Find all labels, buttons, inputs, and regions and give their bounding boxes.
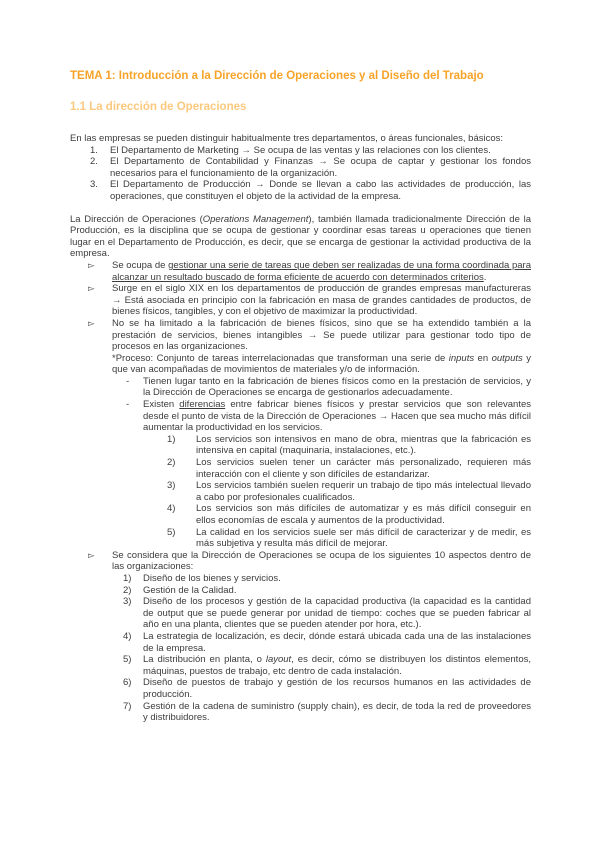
process-definition-note: *Proceso: Conjunto de tareas interrelaci… [112,353,531,376]
list-item-text: Gestión de la Calidad. [143,585,236,596]
note-text: *Proceso: Conjunto de tareas interrelaci… [112,353,449,364]
arrowhead-bullet-icon: ▻ [88,550,95,562]
list-item-aspect: 6) Diseño de puestos de trabajo y gestió… [70,677,531,700]
bullet-text: Se considera que la Dirección de Operaci… [112,550,531,573]
arrowhead-bullet-icon: ▻ [88,283,95,295]
bullet-text: Surge en el siglo XIX en los departament… [112,283,531,317]
underlined-text: diferencias [179,399,225,410]
italic-term: inputs [449,353,474,364]
list-number: 3) [123,596,131,608]
list-item-text: Los servicios son intensivos en mano de … [196,434,531,457]
list-item-aspect: 3) Diseño de los procesos y gestión de l… [70,596,531,631]
list-item-text: El Departamento de Producción → Donde se… [110,179,531,202]
italic-term: layout [266,654,291,665]
list-number: 1) [167,434,175,446]
list-number: 5) [123,654,131,666]
list-item-text: La estrategia de localización, es decir,… [143,631,531,654]
underlined-text: gestionar una serie de tareas que deben … [112,260,531,283]
list-item-text: El Departamento de Contabilidad y Finanz… [110,156,531,179]
bullet-item: ▻ Se ocupa de gestionar una serie de tar… [70,260,531,283]
list-item-text: Los servicios suelen tener un carácter m… [196,457,531,480]
list-item-service: 5) La calidad en los servicios suele ser… [70,527,531,550]
italic-term: outputs [492,353,523,364]
arrowhead-bullet-icon: ▻ [88,260,95,272]
intro-paragraph: En las empresas se pueden distinguir hab… [70,133,531,145]
bullet-text: . [484,272,487,283]
list-item-text: El Departamento de Marketing → Se ocupa … [110,145,491,156]
list-item-text: Diseño de los bienes y servicios. [143,573,281,584]
list-item-aspect: 5) La distribución en planta, o layout, … [70,654,531,677]
list-number: 7) [123,701,131,713]
list-number: 4) [123,631,131,643]
list-number: 2) [167,457,175,469]
list-number: 3) [167,480,175,492]
list-item-aspect: 1) Diseño de los bienes y servicios. [70,573,531,585]
list-item-department: 1. El Departamento de Marketing → Se ocu… [70,145,531,157]
list-item-text: Gestión de la cadena de suministro (supp… [143,701,531,724]
list-number: 1. [90,145,98,157]
page-title: TEMA 1: Introducción a la Dirección de O… [70,70,531,83]
bullet-text: Se ocupa de [112,260,168,271]
dash-bullet: - [126,399,129,411]
operations-definition-paragraph: La Dirección de Operaciones (Operations … [70,214,531,260]
list-item-text: Los servicios también suelen requerir un… [196,480,531,503]
bullet-text: No se ha limitado a la fabricación de bi… [112,318,531,352]
departments-list: 1. El Departamento de Marketing → Se ocu… [70,145,531,203]
list-number: 2. [90,156,98,168]
list-item-text: Los servicios son más difíciles de autom… [196,503,531,526]
list-number: 4) [167,503,175,515]
italic-term: Operations Management [203,214,309,225]
dash-bullet: - [126,376,129,388]
list-item-text: La distribución en planta, o [143,654,266,665]
list-item-aspect: 4) La estrategia de localización, es dec… [70,631,531,654]
aspects-list: 1) Diseño de los bienes y servicios. 2) … [70,573,531,724]
list-number: 5) [167,527,175,539]
paragraph-text: La Dirección de Operaciones ( [70,214,203,225]
dash-item-text: Existen [143,399,179,410]
bullet-item: ▻ No se ha limitado a la fabricación de … [70,318,531,353]
bullet-item: ▻ Se considera que la Dirección de Opera… [70,550,531,573]
list-number: 2) [123,585,131,597]
list-number: 3. [90,179,98,191]
note-text: en [474,353,492,364]
service-differences-list: 1) Los servicios son intensivos en mano … [70,434,531,550]
list-item-text: La calidad en los servicios suele ser má… [196,527,531,550]
dash-item: - Tienen lugar tanto en la fabricación d… [70,376,531,399]
list-number: 1) [123,573,131,585]
section-heading: 1.1 La dirección de Operaciones [70,101,531,114]
document-page: TEMA 1: Introducción a la Dirección de O… [0,0,600,848]
operations-bullet-list: ▻ Se ocupa de gestionar una serie de tar… [70,260,531,724]
list-item-text: Diseño de puestos de trabajo y gestión d… [143,677,531,700]
list-item-department: 3. El Departamento de Producción → Donde… [70,179,531,202]
list-item-service: 2) Los servicios suelen tener un carácte… [70,457,531,480]
list-item-aspect: 7) Gestión de la cadena de suministro (s… [70,701,531,724]
list-item-service: 3) Los servicios también suelen requerir… [70,480,531,503]
list-number: 6) [123,677,131,689]
list-item-text: Diseño de los procesos y gestión de la c… [143,596,531,630]
list-item-department: 2. El Departamento de Contabilidad y Fin… [70,156,531,179]
list-item-aspect: 2) Gestión de la Calidad. [70,585,531,597]
dash-item: - Existen diferencias entre fabricar bie… [70,399,531,434]
list-item-service: 4) Los servicios son más difíciles de au… [70,503,531,526]
bullet-item: ▻ Surge en el siglo XIX en los departame… [70,283,531,318]
arrowhead-bullet-icon: ▻ [88,318,95,330]
list-item-service: 1) Los servicios son intensivos en mano … [70,434,531,457]
dash-item-text: Tienen lugar tanto en la fabricación de … [143,376,531,399]
